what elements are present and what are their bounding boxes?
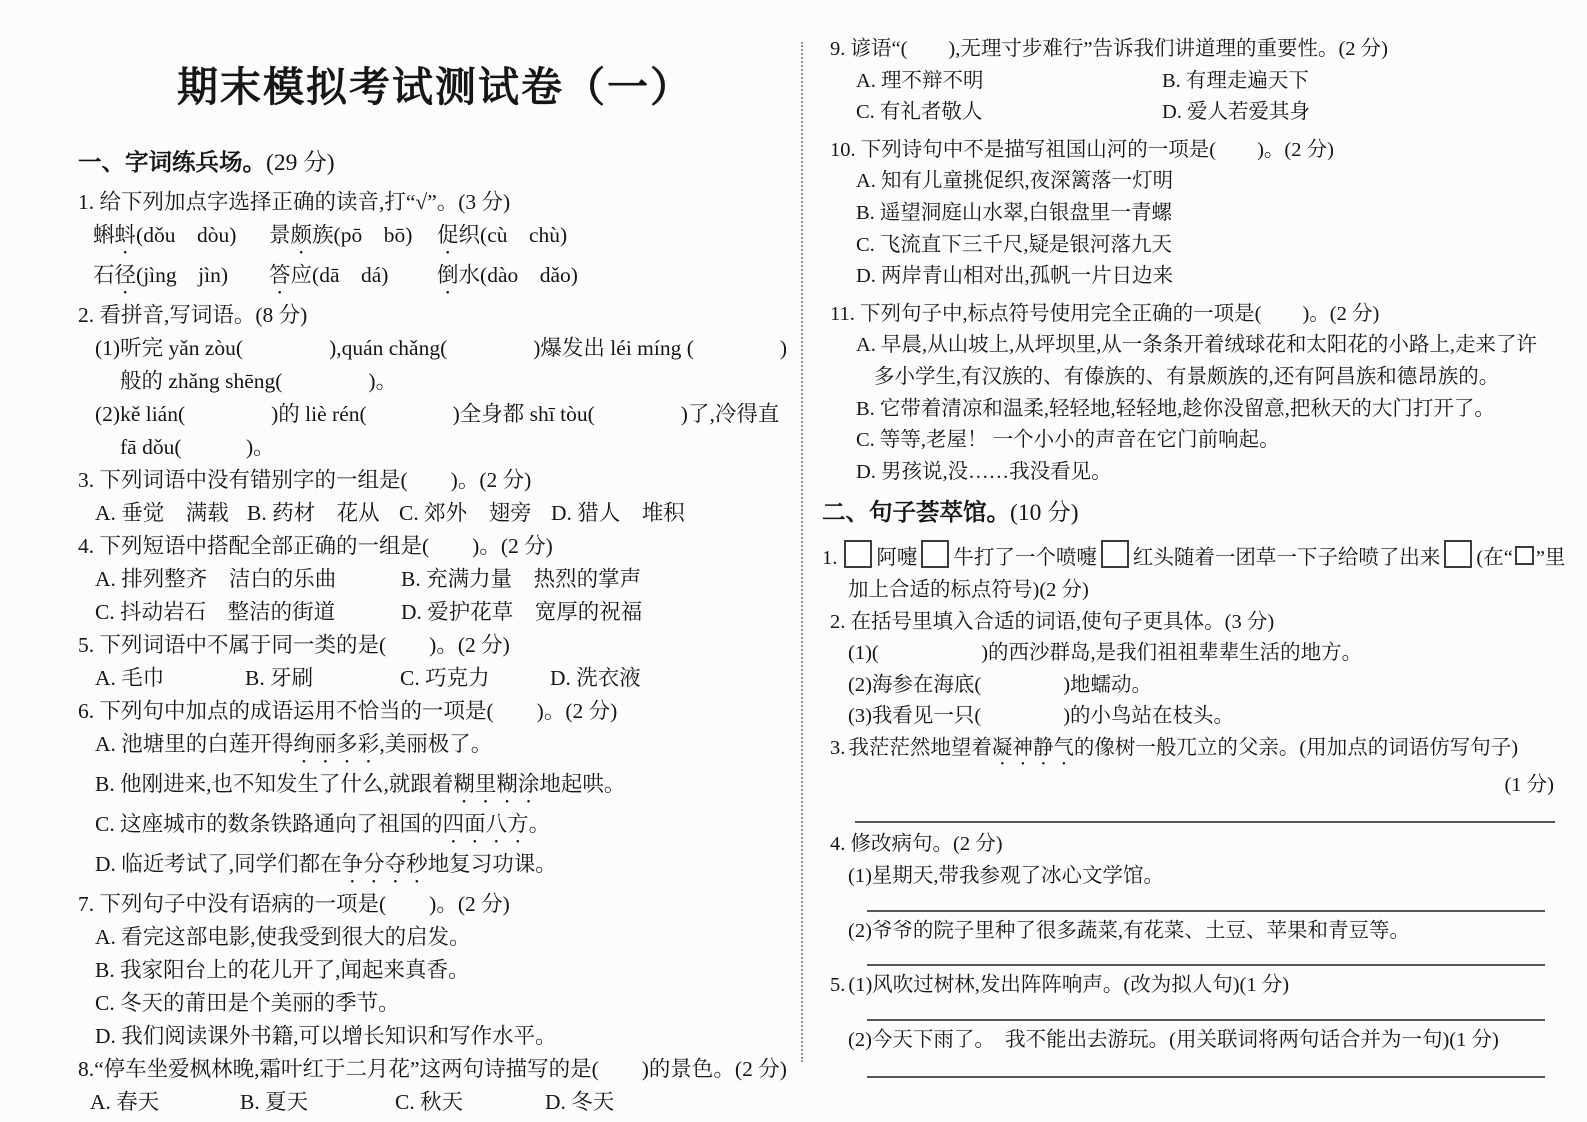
q5-options: A. 毛巾 B. 牙刷 C. 巧克力 D. 洗衣液 [95, 662, 792, 695]
q1-pinyin-row2: 石径(jìng jìn) 答应(dā dá) 倒水(dào dǎo) [93, 259, 792, 299]
pinyin-choices: (cù chù) [480, 223, 567, 247]
option: C. 有礼者敬人 [856, 97, 1162, 129]
q9-options-row1: A. 理不辩不明 B. 有理走遍天下 [856, 66, 1570, 98]
option-text: 地起哄。 [539, 772, 625, 796]
section2-heading: 二、句子荟萃馆。(10 分) [822, 496, 1570, 530]
q6-option-c: C. 这座城市的数条铁路通向了祖国的四面八方。 [95, 808, 792, 848]
answer-line [867, 1076, 1545, 1078]
option: D. 洗衣液 [550, 662, 641, 695]
q1-pinyin-row1: 蝌蚪(dǒu dòu) 景颇族(pō bō) 促织(cù chù) [93, 219, 792, 259]
left-column: 期末模拟考试测试卷（一） 一、字词练兵场。(29 分) 1. 给下列加点字选择正… [78, 0, 792, 1119]
q11-option-c: C. 等等,老屋！ 一个小小的声音在它门前响起。 [856, 425, 1570, 457]
option: A. 垂觉 满载 [95, 497, 247, 530]
answer-line [867, 964, 1545, 966]
q11-option-b: B. 它带着清凉和温柔,轻轻地,轻轻地,趁你没留意,把秋天的大门打开了。 [856, 394, 1570, 426]
stem-text: 的像树一般兀立的父亲。 [1074, 737, 1300, 759]
stem-text: 我茫茫然地望着 [848, 737, 992, 759]
option: D. 爱护花草 宽厚的祝福 [401, 596, 642, 629]
punctuation-box [1444, 540, 1472, 568]
char-plain: 石 [93, 263, 115, 287]
option: D. 爱人若爱其身 [1162, 97, 1310, 129]
q11-option-d: D. 男孩说,没……我没看见。 [856, 457, 1570, 489]
pinyin-choices: (dā dá) [312, 263, 388, 287]
q3-stem: 3. 下列词语中没有错别字的一组是( )。(2 分) [78, 464, 792, 497]
s2-q4-stem: 4. 修改病句。(2 分) [830, 829, 1570, 861]
q4-stem: 4. 下列短语中搭配全部正确的一组是( )。(2 分) [78, 530, 792, 563]
answer-line [867, 910, 1545, 912]
q7-option-d: D. 我们阅读课外书籍,可以增长知识和写作水平。 [95, 1020, 792, 1053]
pinyin-item: 蝌蚪(dǒu dòu) [93, 219, 269, 259]
q7-option-b: B. 我家阳台上的花儿开了,闻起来真香。 [95, 954, 792, 987]
dotted-char: 答 [269, 263, 291, 287]
option: B. 牙刷 [245, 662, 400, 695]
pinyin-item: 景颇族(pō bō) [269, 219, 437, 259]
pinyin-item: 倒水(dào dǎo) [437, 259, 578, 299]
option-label: C. [95, 812, 120, 836]
q6-option-a: A. 池塘里的白莲开得绚丽多彩,美丽极了。 [95, 728, 792, 768]
dotted-char: 蚪 [115, 223, 137, 247]
q10-option-d: D. 两岸青山相对出,孤帆一片日边来 [856, 261, 1570, 293]
option: B. 夏天 [240, 1086, 395, 1119]
s2-q2-stem: 2. 在括号里填入合适的词语,使句子更具体。(3 分) [830, 607, 1570, 639]
column-divider [801, 42, 803, 1062]
char-plain: 族 [312, 223, 334, 247]
option-label: D. [95, 852, 121, 876]
s2-q4-line1: (1)星期天,带我参观了冰心文学馆。 [848, 861, 1570, 893]
question-number: 1. [822, 547, 837, 569]
dotted-char: 径 [115, 263, 137, 287]
section1-heading: 一、字词练兵场。(29 分) [78, 146, 792, 180]
dotted-idiom: 糊里糊涂 [453, 772, 539, 796]
q4-options-row2: C. 抖动岩石 整洁的街道 D. 爱护花草 宽厚的祝福 [95, 596, 792, 629]
pinyin-choices: (dǒu dòu) [136, 223, 236, 247]
q5-stem: 5. 下列词语中不属于同一类的是( )。(2 分) [78, 629, 792, 662]
dotted-char: 倒 [437, 263, 459, 287]
sentence-segment: 阿嚏 [876, 547, 917, 569]
s2-q5-line2: (2)今天下雨了。 我不能出去游玩。(用关联词将两句话合并为一句)(1 分) [848, 1025, 1570, 1057]
q8-stem: 8.“停车坐爱枫林晚,霜叶红于二月花”这两句诗描写的是( )的景色。(2 分) [78, 1053, 792, 1086]
pinyin-choices: (dào dǎo) [480, 263, 578, 287]
option: B. 充满力量 热烈的掌声 [401, 563, 641, 596]
option: C. 秋天 [395, 1086, 545, 1119]
instruction-text: (在“ [1476, 547, 1512, 569]
exam-paper-page: 期末模拟考试测试卷（一） 一、字词练兵场。(29 分) 1. 给下列加点字选择正… [0, 0, 1587, 1122]
dotted-idiom: 争分夺秒 [342, 852, 428, 876]
s2-q1-line2: 加上合适的标点符号)(2 分) [848, 575, 1570, 607]
q7-option-c: C. 冬天的莆田是个美丽的季节。 [95, 987, 792, 1020]
punctuation-box [844, 540, 872, 568]
punctuation-box-small [1515, 546, 1534, 565]
option: C. 郊外 翅旁 [399, 497, 551, 530]
answer-line [867, 1019, 1545, 1021]
q7-option-a: A. 看完这部电影,使我受到很大的启发。 [95, 921, 792, 954]
q2-stem: 2. 看拼音,写词语。(8 分) [78, 299, 792, 332]
stem-text: (1)风吹过树林,发出阵阵响声。(改为拟人句)(1 分) [848, 974, 1289, 996]
section2-heading-score: (10 分) [1010, 500, 1079, 526]
section1-heading-score: (29 分) [266, 150, 335, 176]
q2-line3: (2)kě lián( )的 liè rén( )全身都 shī tòu( )了… [95, 398, 792, 431]
char-plain: 织 [459, 223, 481, 247]
option: A. 理不辩不明 [856, 66, 1162, 98]
option: D. 冬天 [545, 1086, 614, 1119]
option: B. 有理走遍天下 [1162, 66, 1309, 98]
q11-option-a-line2: 多小学生,有汉族的、有傣族的、有景颇族的,还有阿昌族和德昂族的。 [874, 362, 1570, 394]
q10-option-a: A. 知有儿童挑促织,夜深篱落一灯明 [856, 166, 1570, 198]
char-plain: 蝌 [93, 223, 115, 247]
question-number: 5. [830, 974, 845, 996]
s2-q5-line1: 5.(1)风吹过树林,发出阵阵响声。(改为拟人句)(1 分) [830, 970, 1570, 1002]
page-title: 期末模拟考试测试卷（一） [78, 54, 792, 113]
s2-q4-line2: (2)爷爷的院子里种了很多蔬菜,有花菜、土豆、苹果和青豆等。 [848, 916, 1570, 948]
option-text: 这座城市的数条铁路通向了祖国的 [120, 812, 443, 836]
option-text: 他刚进来,也不知发生了什么,就跟着 [120, 772, 453, 796]
sentence-segment: 红头随着一团草一下子给喷了出来 [1133, 547, 1441, 569]
dotted-char: 促 [437, 223, 459, 247]
dotted-idiom: 四面八方 [443, 812, 529, 836]
s2-q2-line2: (2)海参在海底( )地蠕动。 [848, 670, 1570, 702]
q2-line1: (1)听完 yǎn zòu( ),quán chǎng( )爆发出 léi mí… [95, 332, 792, 365]
q6-option-b: B. 他刚进来,也不知发生了什么,就跟着糊里糊涂地起哄。 [95, 768, 792, 808]
pinyin-item: 石径(jìng jìn) [93, 259, 269, 299]
pinyin-choices: (jìng jìn) [136, 263, 228, 287]
option: C. 巧克力 [400, 662, 550, 695]
q6-option-d: D. 临近考试了,同学们都在争分夺秒地复习功课。 [95, 848, 792, 888]
dotted-idiom: 绚丽多彩 [293, 732, 379, 756]
option-text: 。 [529, 812, 551, 836]
pinyin-item: 答应(dā dá) [269, 259, 437, 299]
instruction-text: ”里 [1536, 547, 1566, 569]
option: A. 毛巾 [95, 662, 245, 695]
sentence-segment: 牛打了一个喷嚏 [953, 547, 1097, 569]
section2-heading-text: 二、句子荟萃馆。 [822, 500, 1010, 526]
instruction-note: (用加点的词语仿写句子) [1299, 737, 1518, 759]
q3-options: A. 垂觉 满载 B. 药材 花从 C. 郊外 翅旁 D. 猎人 堆积 [95, 497, 792, 530]
dotted-phrase: 凝神静气 [992, 737, 1074, 759]
q2-line2: 般的 zhǎng shēng( )。 [120, 365, 792, 398]
s2-q3-stem: 3.我茫茫然地望着凝神静气的像树一般兀立的父亲。(用加点的词语仿写句子) [830, 733, 1570, 770]
option-label: B. [95, 772, 120, 796]
q10-stem: 10. 下列诗句中不是描写祖国山河的一项是( )。(2 分) [830, 135, 1570, 167]
right-column: 9. 谚语“( ),无理寸步难行”告诉我们讲道理的重要性。(2 分) A. 理不… [822, 0, 1570, 1082]
question-number: 3. [830, 737, 845, 759]
q2-line4: fā dǒu( )。 [120, 431, 792, 464]
q11-stem: 11. 下列句子中,标点符号使用完全正确的一项是( )。(2 分) [830, 299, 1570, 331]
char-plain: 水 [459, 263, 481, 287]
q10-option-b: B. 遥望洞庭山水翠,白银盘里一青螺 [856, 198, 1570, 230]
s2-q2-line1: (1)( )的西沙群岛,是我们祖祖辈辈生活的地方。 [848, 638, 1570, 670]
punctuation-box [921, 540, 949, 568]
pinyin-choices: (pō bō) [334, 223, 413, 247]
q9-stem: 9. 谚语“( ),无理寸步难行”告诉我们讲道理的重要性。(2 分) [830, 34, 1570, 66]
punctuation-box [1101, 540, 1129, 568]
option-text: 地复习功课。 [428, 852, 557, 876]
option-text: 临近考试了,同学们都在 [121, 852, 341, 876]
s2-q2-line3: (3)我看见一只( )的小鸟站在枝头。 [848, 701, 1570, 733]
s2-q3-score: (1 分) [822, 770, 1570, 802]
char-plain: 景 [269, 223, 291, 247]
s2-q1-line1: 1.阿嚏牛打了一个喷嚏红头随着一团草一下子给喷了出来(在“”里 [822, 540, 1570, 575]
q9-options-row2: C. 有礼者敬人 D. 爱人若爱其身 [856, 97, 1570, 129]
dotted-char: 颇 [291, 223, 313, 247]
q4-options-row1: A. 排列整齐 洁白的乐曲 B. 充满力量 热烈的掌声 [95, 563, 792, 596]
section1-heading-text: 一、字词练兵场。 [78, 150, 266, 176]
option: D. 猎人 堆积 [551, 497, 685, 530]
pinyin-item: 促织(cù chù) [437, 219, 567, 259]
option: B. 药材 花从 [247, 497, 399, 530]
q10-option-c: C. 飞流直下三千尺,疑是银河落九天 [856, 230, 1570, 262]
option-text: 池塘里的白莲开得 [121, 732, 293, 756]
option-text: ,美丽极了。 [379, 732, 492, 756]
option: A. 排列整齐 洁白的乐曲 [95, 563, 401, 596]
q8-options: A. 春天 B. 夏天 C. 秋天 D. 冬天 [90, 1086, 792, 1119]
q1-stem: 1. 给下列加点字选择正确的读音,打“√”。(3 分) [78, 186, 792, 219]
q6-stem: 6. 下列句中加点的成语运用不恰当的一项是( )。(2 分) [78, 695, 792, 728]
option: A. 春天 [90, 1086, 240, 1119]
q7-stem: 7. 下列句子中没有语病的一项是( )。(2 分) [78, 888, 792, 921]
q11-option-a-line1: A. 早晨,从山坡上,从坪坝里,从一条条开着绒球花和太阳花的小路上,走来了许 [856, 330, 1570, 362]
option-label: A. [95, 732, 121, 756]
answer-line [855, 821, 1555, 823]
char-plain: 应 [291, 263, 313, 287]
option: C. 抖动岩石 整洁的街道 [95, 596, 401, 629]
